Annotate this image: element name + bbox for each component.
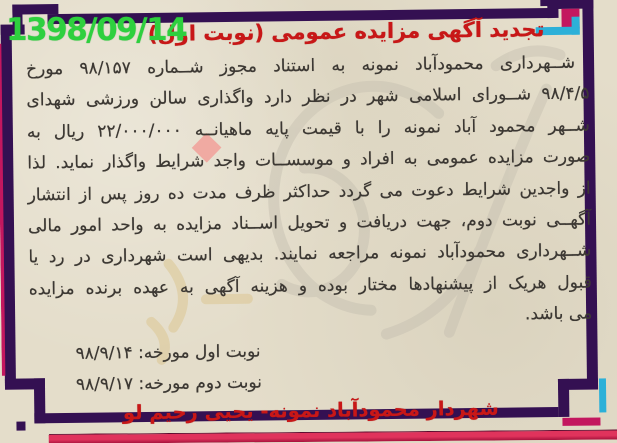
- publication-dates: نوبت اول مورخه: ۹۸/۹/۱۴ نوبت دوم مورخه: …: [29, 332, 593, 401]
- body-paragraph: شــهرداری محمودآباد نمونه به استناد مجوز…: [26, 48, 592, 338]
- paragraph-line: می باشد.: [29, 299, 592, 337]
- date-stamp-overlay: 1398/09/14: [6, 12, 186, 48]
- tilted-scan-area: تجدید آگهی مزایده عمومی (نوبت اول) شــهر…: [0, 0, 617, 443]
- second-publication-date: نوبت دوم مورخه: ۹۸/۹/۱۷: [70, 363, 593, 400]
- scanned-newspaper-ad: تجدید آگهی مزایده عمومی (نوبت اول) شــهر…: [0, 0, 617, 443]
- ad-content: تجدید آگهی مزایده عمومی (نوبت اول) شــهر…: [0, 0, 617, 443]
